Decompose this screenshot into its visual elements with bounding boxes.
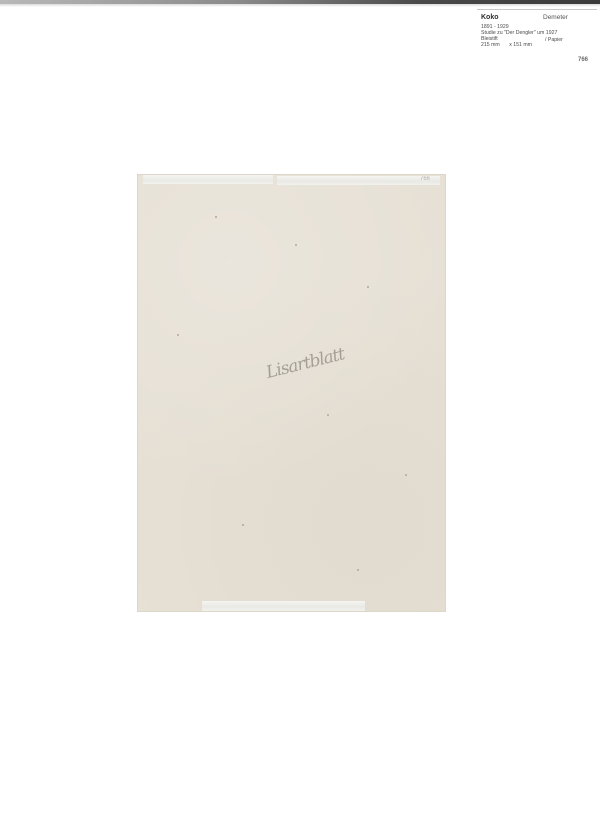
tape-number: 766 [420,176,430,182]
paper-speck [295,244,297,246]
dimension-height: 215 mm [481,42,500,48]
tape-strip-top-right: 766 [277,176,440,185]
tape-strip-top-left [143,175,273,184]
paper-speck [367,286,369,288]
paper-speck [215,216,217,218]
dimensions-row: 215 mm x 151 mm [481,42,593,48]
paper-speck [357,569,359,571]
artwork-paper-verso: 766 Lisartblatt [137,174,446,612]
label-divider [477,9,597,10]
tape-strip-bottom [202,601,365,611]
paper-speck [405,474,407,476]
paper-speck [327,414,329,416]
inventory-number: 766 [578,57,588,63]
scan-top-edge-shadow [0,4,600,7]
paper-speck [242,524,244,526]
pencil-inscription: Lisartblatt [264,344,346,383]
artist-lastname: Koko [481,14,499,21]
paper-speck [177,334,179,336]
artist-firstname: Demeter [543,14,568,21]
label-artist-row: Koko Demeter [481,14,593,24]
dimension-width: x 151 mm [509,42,532,48]
catalog-label: Koko Demeter 1891 - 1929 Studie zu "Der … [481,9,593,48]
